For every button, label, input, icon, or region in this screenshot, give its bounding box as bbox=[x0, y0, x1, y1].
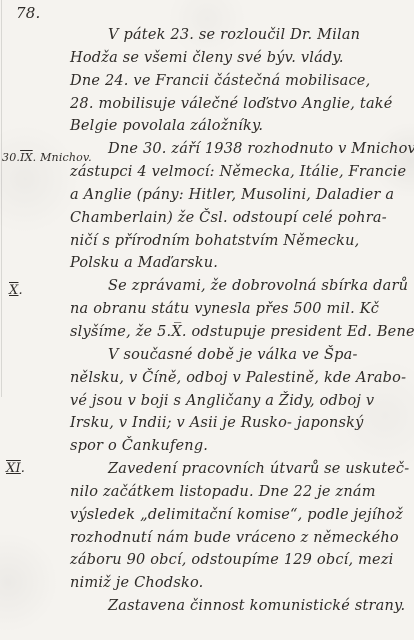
margin-note-day: 30. bbox=[2, 151, 20, 164]
handwritten-line: nělsku, v Číně, odboj v Palestině, kde A… bbox=[70, 367, 414, 390]
handwritten-line: Belgie povolala záložníky. bbox=[70, 115, 414, 138]
handwritten-line: na obranu státu vynesla přes 500 mil. Kč bbox=[70, 298, 414, 321]
handwritten-line: a Anglie (pány: Hitler, Musolini, Daladi… bbox=[70, 184, 414, 207]
handwritten-line: 28. mobilisuje válečné loďstvo Anglie, t… bbox=[70, 93, 414, 116]
scanned-manuscript-page: 78. 30.IX. Mnichov. X. XI. V pátek 23. s… bbox=[0, 0, 414, 640]
margin-note-month-november: XI. bbox=[6, 461, 25, 476]
handwritten-line: spor o Čankufeng. bbox=[70, 435, 414, 458]
handwritten-line: slyšíme, že 5.X̅. odstupuje president Ed… bbox=[70, 321, 414, 344]
handwritten-line: Hodža se všemi členy své býv. vlády. bbox=[70, 47, 414, 70]
page-number: 78. bbox=[16, 4, 40, 22]
handwritten-line: zástupci 4 velmocí: Německa, Itálie, Fra… bbox=[70, 161, 414, 184]
scan-edge-line bbox=[1, 0, 2, 397]
handwritten-line: nilo začátkem listopadu. Dne 22 je znám bbox=[70, 481, 414, 504]
handwritten-line: výsledek „delimitační komise“, podle jej… bbox=[70, 504, 414, 527]
handwritten-line: Polsku a Maďarsku. bbox=[70, 252, 414, 275]
handwritten-line: Zavedení pracovních útvarů se uskuteč- bbox=[70, 458, 414, 481]
handwritten-line: vé jsou v boji s Angličany a Židy, odboj… bbox=[70, 390, 414, 413]
handwritten-line: Se zprávami, že dobrovolná sbírka darů bbox=[70, 275, 414, 298]
manuscript-text-block: V pátek 23. se rozloučil Dr. Milan Hodža… bbox=[70, 24, 414, 618]
handwritten-line: Dne 30. září 1938 rozhodnuto v Mnichově, bbox=[70, 138, 414, 161]
handwritten-line: Dne 24. ve Francii částečná mobilisace, bbox=[70, 70, 414, 93]
handwritten-line: záboru 90 obcí, odstoupíme 129 obcí, mez… bbox=[70, 549, 414, 572]
margin-note-rest: . bbox=[18, 283, 22, 298]
handwritten-line: V pátek 23. se rozloučil Dr. Milan bbox=[70, 24, 414, 47]
handwritten-line: nimiž je Chodsko. bbox=[70, 572, 414, 595]
handwritten-line: Zastavena činnost komunistické strany. bbox=[70, 595, 414, 618]
margin-note-month-roman: XI bbox=[6, 461, 21, 476]
margin-note-month-october: X. bbox=[9, 283, 23, 298]
margin-note-rest: . bbox=[21, 461, 25, 476]
margin-note-month-roman: IX bbox=[20, 151, 33, 164]
handwritten-line: Chamberlain) že Čsl. odstoupí celé pohra… bbox=[70, 207, 414, 230]
handwritten-line: Irsku, v Indii; v Asii je Rusko- japonsk… bbox=[70, 412, 414, 435]
handwritten-line: rozhodnutí nám bude vráceno z německého bbox=[70, 527, 414, 550]
handwritten-line: V současné době je válka ve Špa- bbox=[70, 344, 414, 367]
handwritten-line: ničí s přírodním bohatstvím Německu, bbox=[70, 230, 414, 253]
